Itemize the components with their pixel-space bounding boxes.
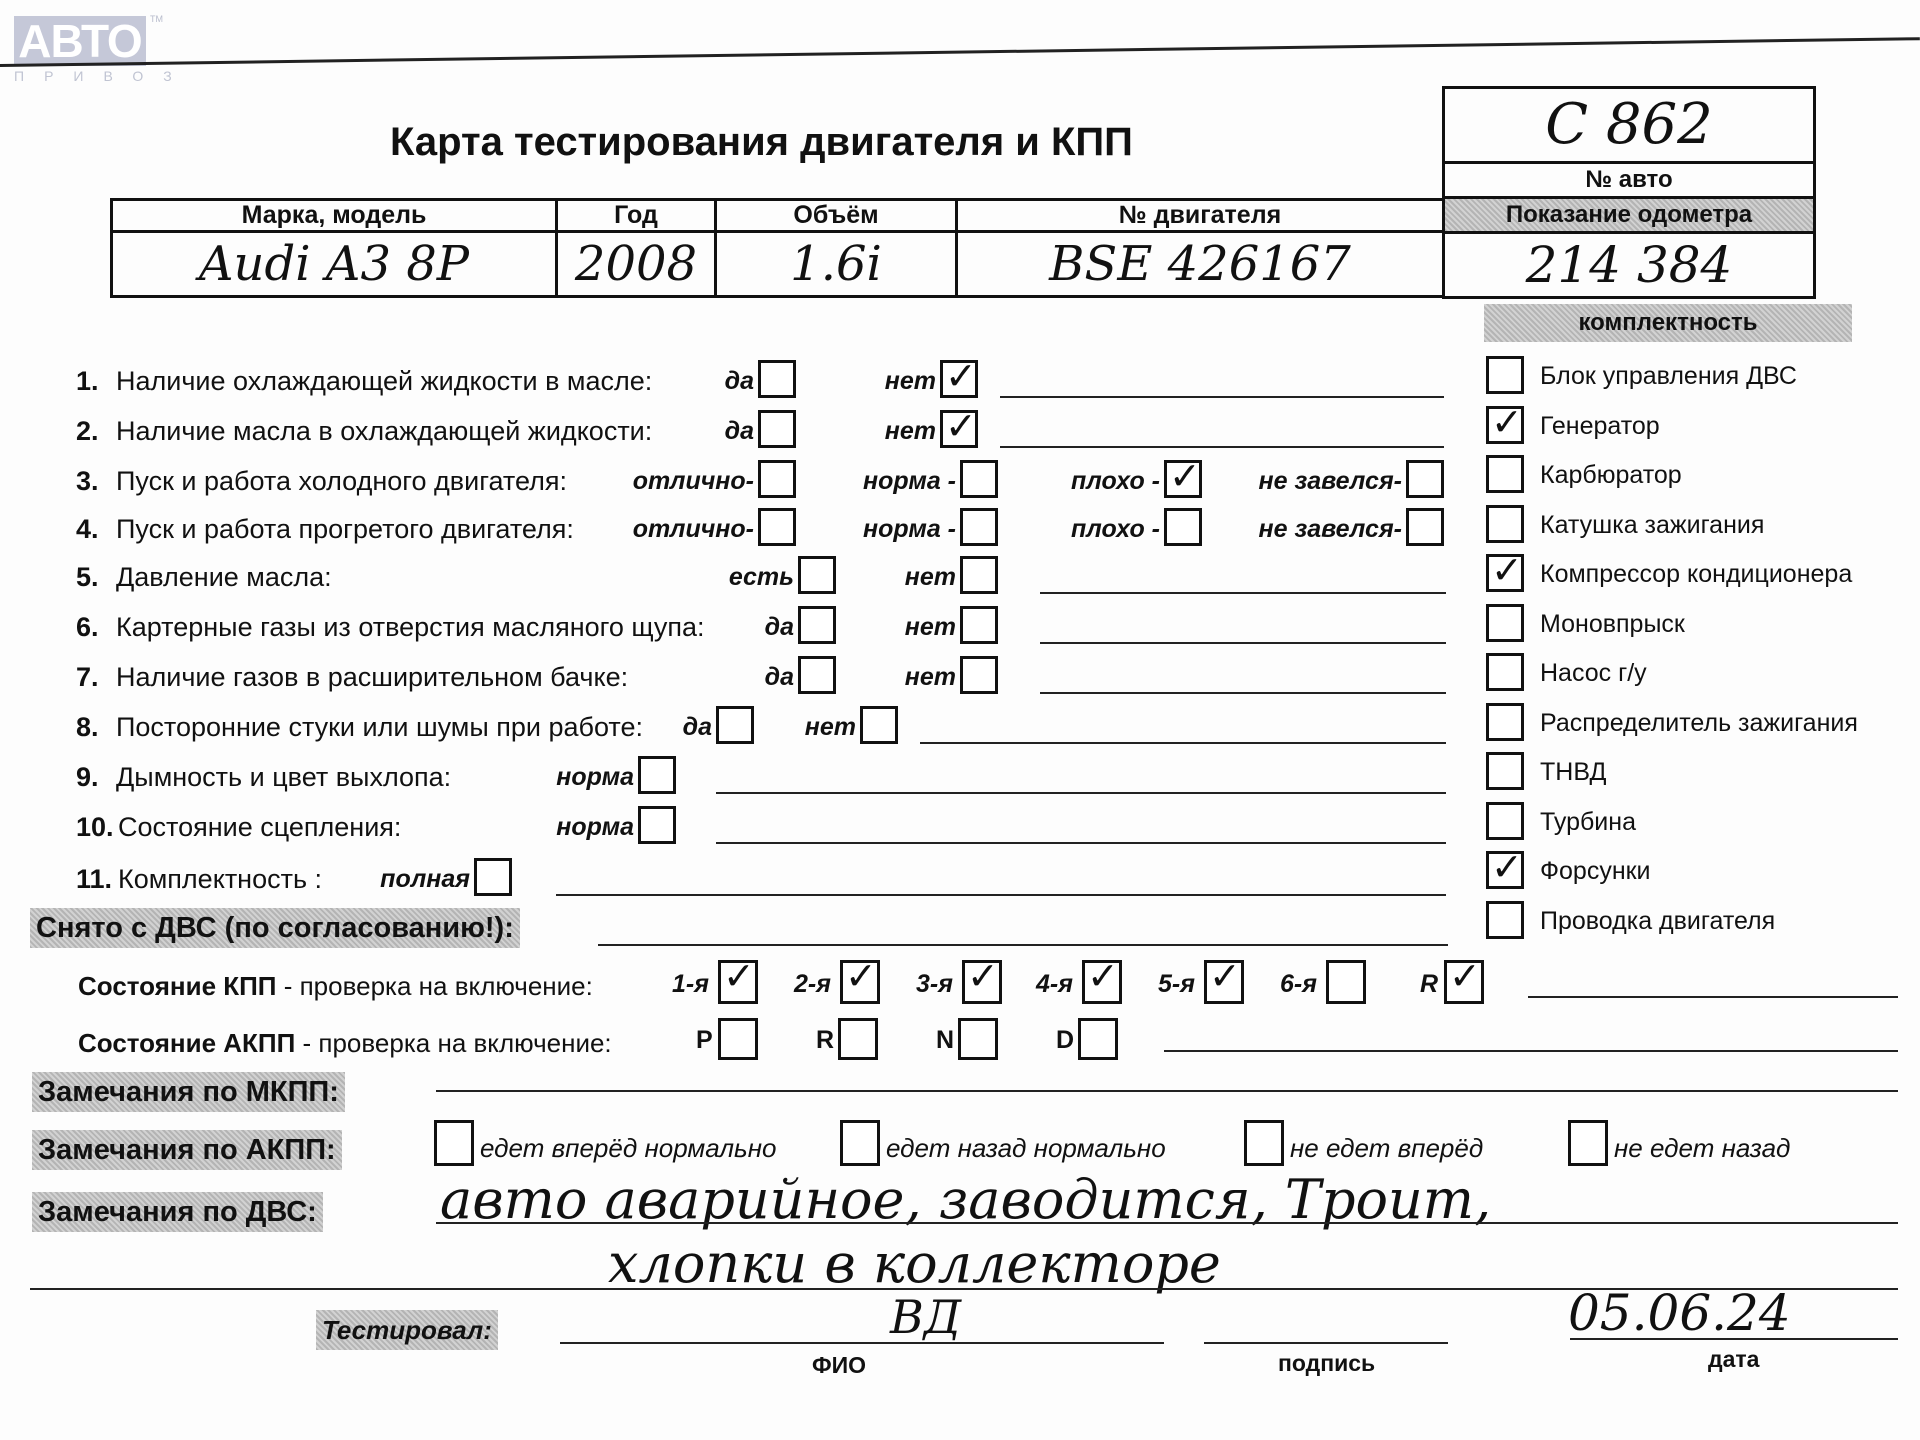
check-label: Давление масла: <box>116 560 332 594</box>
completeness-checkbox[interactable] <box>1486 752 1524 790</box>
gear-checkbox[interactable] <box>1082 960 1122 1004</box>
option-label: норма <box>360 760 634 794</box>
completeness-label: Распределитель зажигания <box>1540 703 1858 743</box>
option-checkbox[interactable] <box>940 410 978 448</box>
brand-logo: АВТО <box>14 16 146 66</box>
option-checkbox[interactable] <box>1406 508 1444 546</box>
completeness-checkbox[interactable] <box>1486 851 1524 889</box>
notes-line[interactable] <box>556 894 1446 896</box>
engine-number-field[interactable]: BSE 426167 <box>957 232 1444 297</box>
option-label: нет <box>580 414 936 448</box>
check-number: 4. <box>76 512 99 546</box>
option-label: полная <box>240 862 470 896</box>
akpp-remarks-label: Замечания по АКПП: <box>32 1130 342 1170</box>
gear-label: R <box>1420 964 1438 1004</box>
akpp-remark-checkbox[interactable] <box>1244 1120 1284 1166</box>
kpp-label: Состояние КПП - проверка на включение: <box>78 967 593 1005</box>
gear-checkbox[interactable] <box>1444 960 1484 1004</box>
option-checkbox[interactable] <box>638 806 676 844</box>
option-label: нет <box>680 560 956 594</box>
car-number-field[interactable]: C 862 <box>1445 89 1813 161</box>
gear-checkbox[interactable] <box>718 960 758 1004</box>
akpp-label-bold: Состояние АКПП <box>78 1028 295 1058</box>
gear-label: 4-я <box>1036 964 1073 1004</box>
make-model-field[interactable]: Audi A3 8P <box>112 232 557 297</box>
option-label: норма <box>360 810 634 844</box>
option-checkbox[interactable] <box>960 656 998 694</box>
option-checkbox[interactable] <box>940 360 978 398</box>
engine-remarks-text-line-2[interactable]: хлопки в коллекторе <box>608 1232 1221 1295</box>
akpp-remark-checkbox[interactable] <box>1568 1120 1608 1166</box>
option-label: нет <box>680 660 956 694</box>
kpp-notes-line[interactable] <box>1528 996 1898 998</box>
completeness-title: комплектность <box>1484 304 1852 342</box>
completeness-checkbox[interactable] <box>1486 802 1524 840</box>
mkpp-remarks-label: Замечания по МКПП: <box>32 1072 345 1112</box>
akpp-mode-checkbox[interactable] <box>1078 1018 1118 1060</box>
completeness-label: Компрессор кондиционера <box>1540 554 1852 594</box>
option-label: отлично- <box>480 512 754 546</box>
check-number: 10. <box>76 810 114 844</box>
vehicle-info-table: Марка, модель Год Объём № двигателя Audi… <box>110 198 1445 298</box>
completeness-label: Карбюратор <box>1540 455 1682 495</box>
akpp-remark-label: не едет назад <box>1614 1128 1790 1168</box>
notes-line[interactable] <box>1000 396 1444 398</box>
date-line <box>1570 1338 1898 1340</box>
option-label: нет <box>600 710 856 744</box>
completeness-label: Моновпрыск <box>1540 604 1685 644</box>
trademark-mark: TM <box>150 14 163 24</box>
check-number: 7. <box>76 660 99 694</box>
engine-remarks-line-1 <box>436 1222 1898 1224</box>
mkpp-remarks-line[interactable] <box>436 1090 1898 1092</box>
akpp-mode-checkbox[interactable] <box>838 1018 878 1060</box>
completeness-checkbox[interactable] <box>1486 356 1524 394</box>
akpp-mode-label: R <box>816 1020 834 1060</box>
gear-label: 1-я <box>672 964 709 1004</box>
odometer-label: Показание одометра <box>1445 196 1813 231</box>
check-number: 5. <box>76 560 99 594</box>
completeness-checkbox[interactable] <box>1486 554 1524 592</box>
completeness-checkbox[interactable] <box>1486 455 1524 493</box>
akpp-mode-label: N <box>936 1020 954 1060</box>
kpp-label-rest: - проверка на включение: <box>277 971 593 1001</box>
car-info-box: C 862 № авто Показание одометра 214 384 <box>1442 86 1816 299</box>
column-header-volume: Объём <box>716 200 957 232</box>
notes-line[interactable] <box>1000 446 1444 448</box>
completeness-label: Блок управления ДВС <box>1540 356 1797 396</box>
akpp-mode-label: P <box>696 1020 713 1060</box>
akpp-remark-checkbox[interactable] <box>840 1120 880 1166</box>
option-checkbox[interactable] <box>960 606 998 644</box>
akpp-remark-label: едет назад нормально <box>886 1128 1166 1168</box>
completeness-label: Насос г/у <box>1540 653 1647 693</box>
option-checkbox[interactable] <box>1406 460 1444 498</box>
year-field[interactable]: 2008 <box>557 232 716 297</box>
gear-checkbox[interactable] <box>840 960 880 1004</box>
akpp-mode-checkbox[interactable] <box>718 1018 758 1060</box>
option-label: нет <box>580 364 936 398</box>
check-number: 6. <box>76 610 99 644</box>
option-label: не завелся- <box>1110 464 1402 498</box>
removed-from-engine-line[interactable] <box>598 944 1448 946</box>
signature-caption: подпись <box>1278 1350 1375 1377</box>
engine-remarks-label: Замечания по ДВС: <box>32 1192 323 1232</box>
column-header-year: Год <box>557 200 716 232</box>
akpp-remark-label: не едет вперёд <box>1290 1128 1483 1168</box>
option-label: норма - <box>722 512 956 546</box>
completeness-label: Проводка двигателя <box>1540 901 1775 941</box>
check-number: 1. <box>76 364 99 398</box>
notes-line[interactable] <box>1040 642 1446 644</box>
akpp-notes-line[interactable] <box>1164 1050 1898 1052</box>
tested-by-label: Тестировал: <box>316 1310 498 1350</box>
notes-line[interactable] <box>1040 592 1446 594</box>
check-number: 2. <box>76 414 99 448</box>
akpp-label: Состояние АКПП - проверка на включение: <box>78 1024 612 1062</box>
option-checkbox[interactable] <box>474 858 512 896</box>
completeness-label: Генератор <box>1540 406 1660 446</box>
completeness-label: Форсунки <box>1540 851 1651 891</box>
notes-line[interactable] <box>716 842 1446 844</box>
kpp-label-bold: Состояние КПП <box>78 971 277 1001</box>
notes-line[interactable] <box>920 742 1446 744</box>
check-number: 8. <box>76 710 99 744</box>
option-label: норма - <box>722 464 956 498</box>
akpp-remark-checkbox[interactable] <box>434 1120 474 1166</box>
gear-label: 3-я <box>916 964 953 1004</box>
check-number: 9. <box>76 760 99 794</box>
completeness-label: ТНВД <box>1540 752 1606 792</box>
tester-name-line <box>560 1342 1164 1344</box>
removed-from-engine-label: Снято с ДВС (по согласованию!): <box>30 908 520 948</box>
gear-label: 5-я <box>1158 964 1195 1004</box>
option-checkbox[interactable] <box>638 756 676 794</box>
page-title: Карта тестирования двигателя и КПП <box>390 120 1133 165</box>
car-number-label: № авто <box>1445 161 1813 196</box>
akpp-mode-label: D <box>1056 1020 1074 1060</box>
check-number: 3. <box>76 464 99 498</box>
completeness-checkbox[interactable] <box>1486 505 1524 543</box>
notes-line[interactable] <box>1040 692 1446 694</box>
brand-subtitle: ПРИВОЗ <box>14 68 192 84</box>
notes-line[interactable] <box>716 792 1446 794</box>
akpp-mode-checkbox[interactable] <box>958 1018 998 1060</box>
odometer-field[interactable]: 214 384 <box>1445 231 1813 296</box>
option-checkbox[interactable] <box>960 556 998 594</box>
volume-field[interactable]: 1.6i <box>716 232 957 297</box>
column-header-engine-number: № двигателя <box>957 200 1444 232</box>
tester-name-field[interactable]: ВД <box>890 1290 961 1344</box>
date-field[interactable]: 05.06.24 <box>1568 1284 1791 1342</box>
gear-checkbox[interactable] <box>962 960 1002 1004</box>
check-label: Состояние сцепления: <box>118 810 401 844</box>
gear-label: 6-я <box>1280 964 1317 1004</box>
header-divider <box>0 37 1920 67</box>
option-label: нет <box>680 610 956 644</box>
akpp-label-rest: - проверка на включение: <box>295 1028 611 1058</box>
completeness-checkbox[interactable] <box>1486 604 1524 642</box>
completeness-checkbox[interactable] <box>1486 901 1524 939</box>
name-caption: ФИО <box>812 1352 866 1379</box>
column-header-make-model: Марка, модель <box>112 200 557 232</box>
date-caption: дата <box>1708 1346 1759 1373</box>
completeness-checkbox[interactable] <box>1486 653 1524 691</box>
signature-line[interactable] <box>1204 1342 1448 1344</box>
option-label: отлично- <box>480 464 754 498</box>
option-label: не завелся- <box>1110 512 1402 546</box>
completeness-checkbox[interactable] <box>1486 703 1524 741</box>
gear-checkbox[interactable] <box>1326 960 1366 1004</box>
check-number: 11. <box>76 862 112 896</box>
gear-checkbox[interactable] <box>1204 960 1244 1004</box>
gear-label: 2-я <box>794 964 831 1004</box>
akpp-remark-label: едет вперёд нормально <box>480 1128 776 1168</box>
completeness-label: Турбина <box>1540 802 1636 842</box>
completeness-label: Катушка зажигания <box>1540 505 1764 545</box>
completeness-checkbox[interactable] <box>1486 406 1524 444</box>
option-checkbox[interactable] <box>860 706 898 744</box>
